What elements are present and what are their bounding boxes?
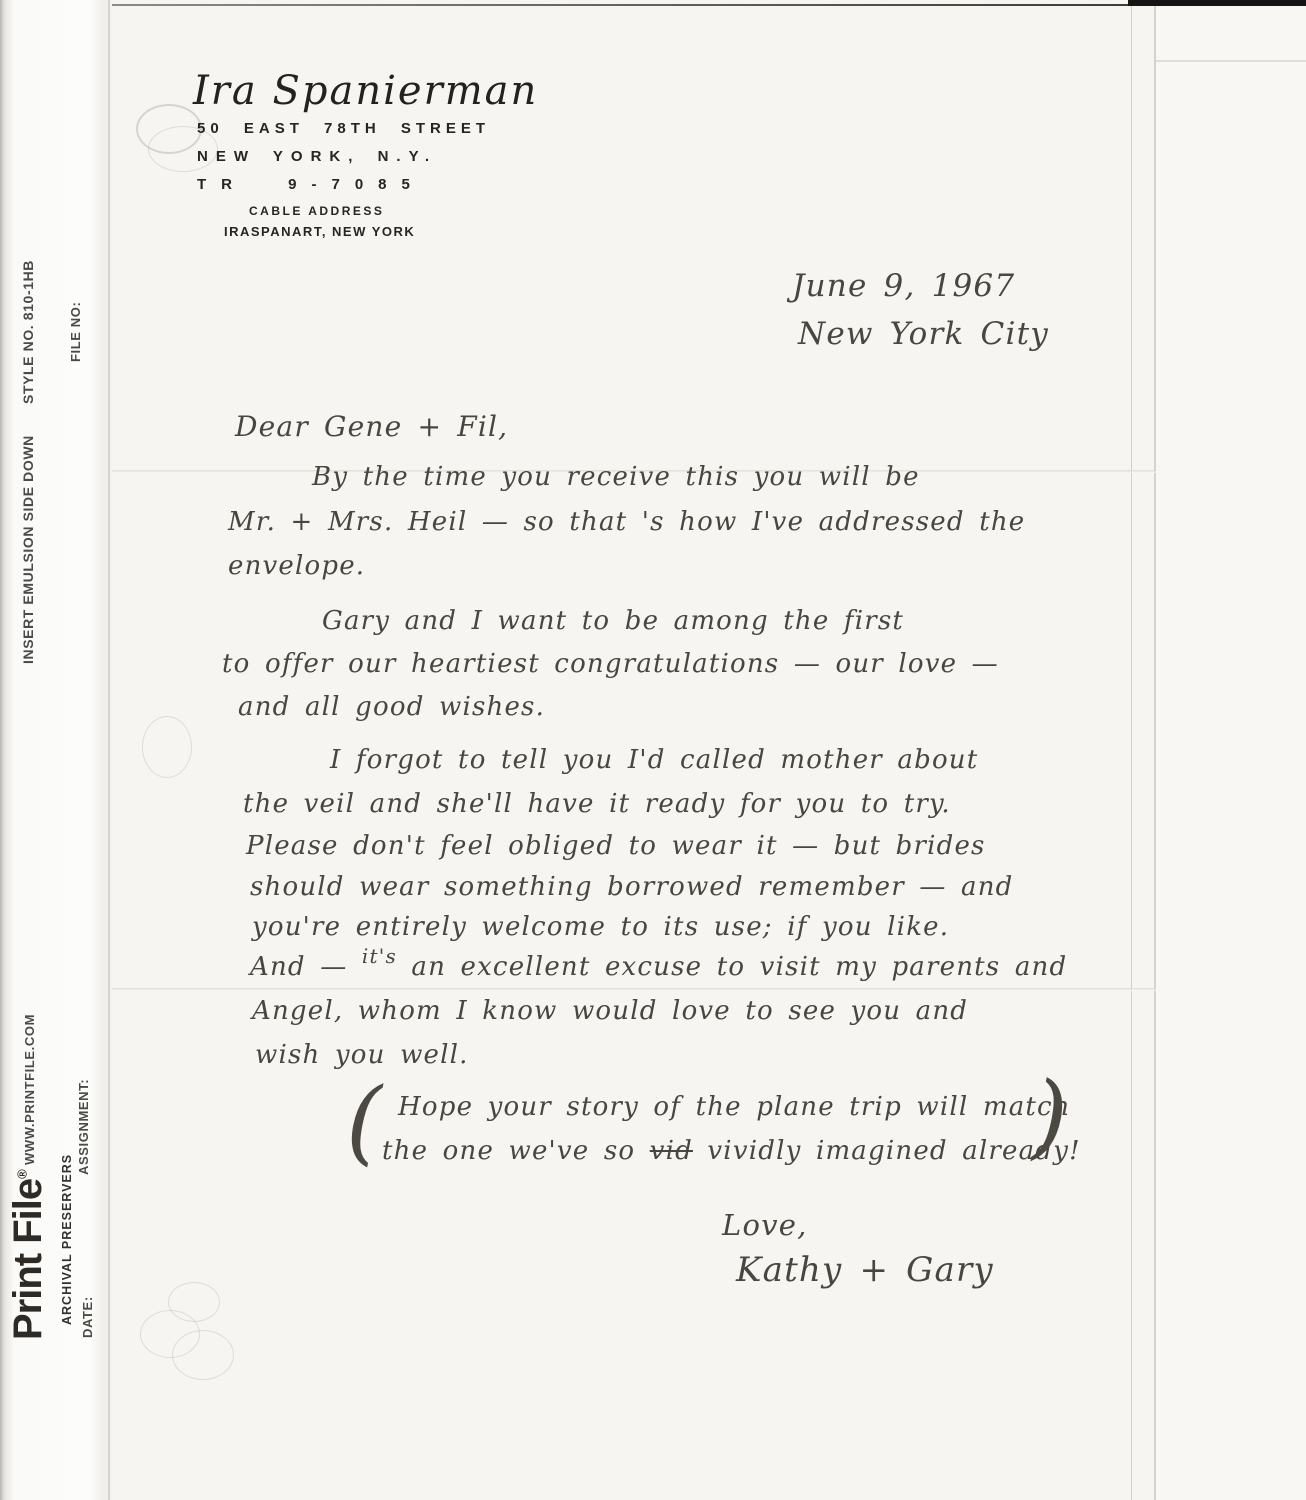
crease-mark (142, 716, 192, 778)
printfile-logo-text: Print File (6, 1179, 50, 1340)
wrinkle-mark (172, 1330, 234, 1380)
aside-end: vividly imagined already! (707, 1136, 1080, 1166)
body-line: Please don't feel obliged to wear it — b… (246, 831, 986, 861)
body-line: envelope. (228, 551, 365, 581)
body-line: you're entirely welcome to its use; if y… (252, 912, 949, 942)
body-line: By the time you receive this you will be (312, 462, 920, 492)
sleeve-paper-edge (108, 0, 110, 1500)
sleeve-date-label: DATE: (80, 1296, 95, 1338)
handwritten-date: June 9, 1967 (792, 268, 1015, 304)
vertical-fold-line (1131, 6, 1132, 1500)
sleeve-right-margin (1156, 6, 1306, 1500)
body-line: the veil and she'll have it ready for yo… (243, 789, 951, 819)
body-line: should wear something borrowed remember … (250, 872, 1014, 902)
horizontal-fold-crease-lower (112, 988, 1156, 991)
paper-top-edge (112, 4, 1130, 6)
scanned-letter-page: STYLE NO. 810-1HB FILE NO: INSERT EMULSI… (0, 0, 1306, 1500)
sleeve-assignment-label: ASSIGNMENT: (76, 1079, 91, 1175)
letterhead-cable-label: CABLE ADDRESS (249, 204, 384, 218)
open-parenthesis: ( (346, 1068, 382, 1175)
aside-line-with-strikeout: the one we've so vid vividly imagined al… (382, 1136, 1081, 1166)
body-line: Angel, whom I know would love to see you… (252, 996, 968, 1026)
aside-line: Hope your story of the plane trip will m… (398, 1092, 1071, 1122)
body-line: to offer our heartiest congratulations —… (222, 649, 999, 679)
aside-start: the one we've so (382, 1136, 635, 1166)
registered-mark: ® (15, 1169, 30, 1179)
printfile-logo: Print File® (6, 1169, 51, 1340)
body-line: and all good wishes. (238, 692, 545, 722)
printfile-tagline: ARCHIVAL PRESERVERS (60, 1154, 74, 1325)
letterhead-cable-address: IRASPANART, NEW YORK (224, 224, 415, 239)
body-line: Gary and I want to be among the first (322, 606, 904, 636)
right-margin-crease (1156, 60, 1306, 62)
sleeve-style-number: STYLE NO. 810-1HB (20, 260, 36, 404)
body-line: Mr. + Mrs. Heil — so that 's how I've ad… (228, 507, 1025, 537)
inserted-word: it's (362, 944, 397, 968)
paper-right-edge (1154, 6, 1156, 1500)
line-prefix: And — (250, 952, 347, 982)
sleeve-website: WWW.PRINTFILE.COM (22, 1014, 37, 1165)
letterhead-city: NEW YORK, N.Y. (197, 148, 437, 165)
letterhead-name: Ira Spanierman (193, 68, 538, 114)
salutation: Dear Gene + Fil, (235, 410, 508, 443)
close-parenthesis: ) (1032, 1062, 1068, 1169)
body-line: I forgot to tell you I'd called mother a… (330, 745, 978, 775)
line-rest: an excellent excuse to visit my parents … (411, 952, 1067, 982)
handwritten-city: New York City (798, 316, 1049, 352)
signature: Kathy + Gary (736, 1250, 994, 1290)
body-line-with-insertion: And — it's an excellent excuse to visit … (250, 952, 1067, 982)
closing: Love, (722, 1208, 807, 1242)
letterhead-phone: TR 9-7085 (197, 176, 425, 193)
letterhead-street: 50 EAST 78TH STREET (197, 120, 490, 137)
body-line: wish you well. (255, 1040, 469, 1070)
struck-word: vid (650, 1136, 693, 1166)
sleeve-file-no-label: FILE NO: (68, 302, 83, 362)
sleeve-emulsion-note: INSERT EMULSION SIDE DOWN (20, 435, 36, 664)
